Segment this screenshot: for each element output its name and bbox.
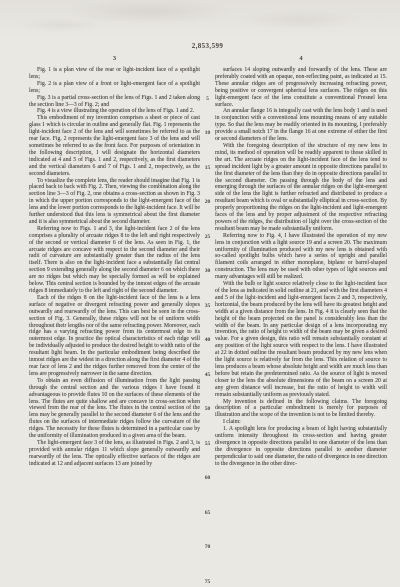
column-right-text: surfaces 14 sloping outwardly and forwar… [215,67,387,468]
line-number: 45 [205,343,211,378]
paragraph: 1. A spotlight lens for producing a beam… [215,426,387,467]
line-number: 70 [205,516,211,551]
line-number: 30 [205,240,211,275]
patent-page: 2,853,599 3 Fig. 1 is a plan view of the… [0,0,400,587]
column-number-right: 4 [215,54,387,64]
line-number: 20 [205,171,211,206]
line-number: 60 [205,447,211,482]
line-number: 25 [205,205,211,240]
patent-number: 2,853,599 [0,42,400,50]
paragraph: Referring now to Figs. 1 and 3, the ligh… [29,226,200,295]
paragraph: This embodiment of my invention comprise… [29,115,200,177]
paragraph: Fig. 3 is a partial cross-section of the… [29,95,200,109]
paragraph: To visualize the complete lens, the read… [29,178,200,226]
paragraph: Fig. 2 is a plan view of a front or ligh… [29,81,200,95]
paragraph: To obtain an even diffusion of illuminat… [29,378,200,440]
line-number: 40 [205,309,211,344]
line-number: 55 [205,412,211,447]
paragraph: The light-emergent face 3 of the lens, a… [29,440,200,468]
line-number: 65 [205,481,211,516]
column-right: 4 surfaces 14 sloping outwardly and forw… [215,54,387,468]
line-numbers-gutter: 51015202530354045505560657075 [200,54,215,585]
paragraph: Fig. 1 is a plan view of the rear or lig… [29,67,200,81]
line-number: 35 [205,274,211,309]
line-number: 5 [206,67,209,102]
paragraph: My invention is defined in the following… [215,399,387,420]
column-left: 3 Fig. 1 is a plan view of the rear or l… [29,54,200,468]
column-left-text: Fig. 1 is a plan view of the rear or lig… [29,67,200,468]
line-number: 15 [205,136,211,171]
text-columns: 3 Fig. 1 is a plan view of the rear or l… [29,54,387,585]
line-number: 10 [205,102,211,137]
line-number: 75 [205,550,211,585]
paragraph: surfaces 14 sloping outwardly and forwar… [215,67,387,108]
paragraph: Referring now to Fig. 4, I have illustra… [215,233,387,281]
paragraph: With the foregoing description of the st… [215,143,387,233]
line-number: 50 [205,378,211,413]
paragraph: With the bulb or light source relatively… [215,281,387,398]
column-number-left: 3 [29,54,200,64]
paragraph: Each of the ridges 8 on the light-incide… [29,295,200,378]
paragraph: An annular flange 16 is integrally cast … [215,108,387,143]
